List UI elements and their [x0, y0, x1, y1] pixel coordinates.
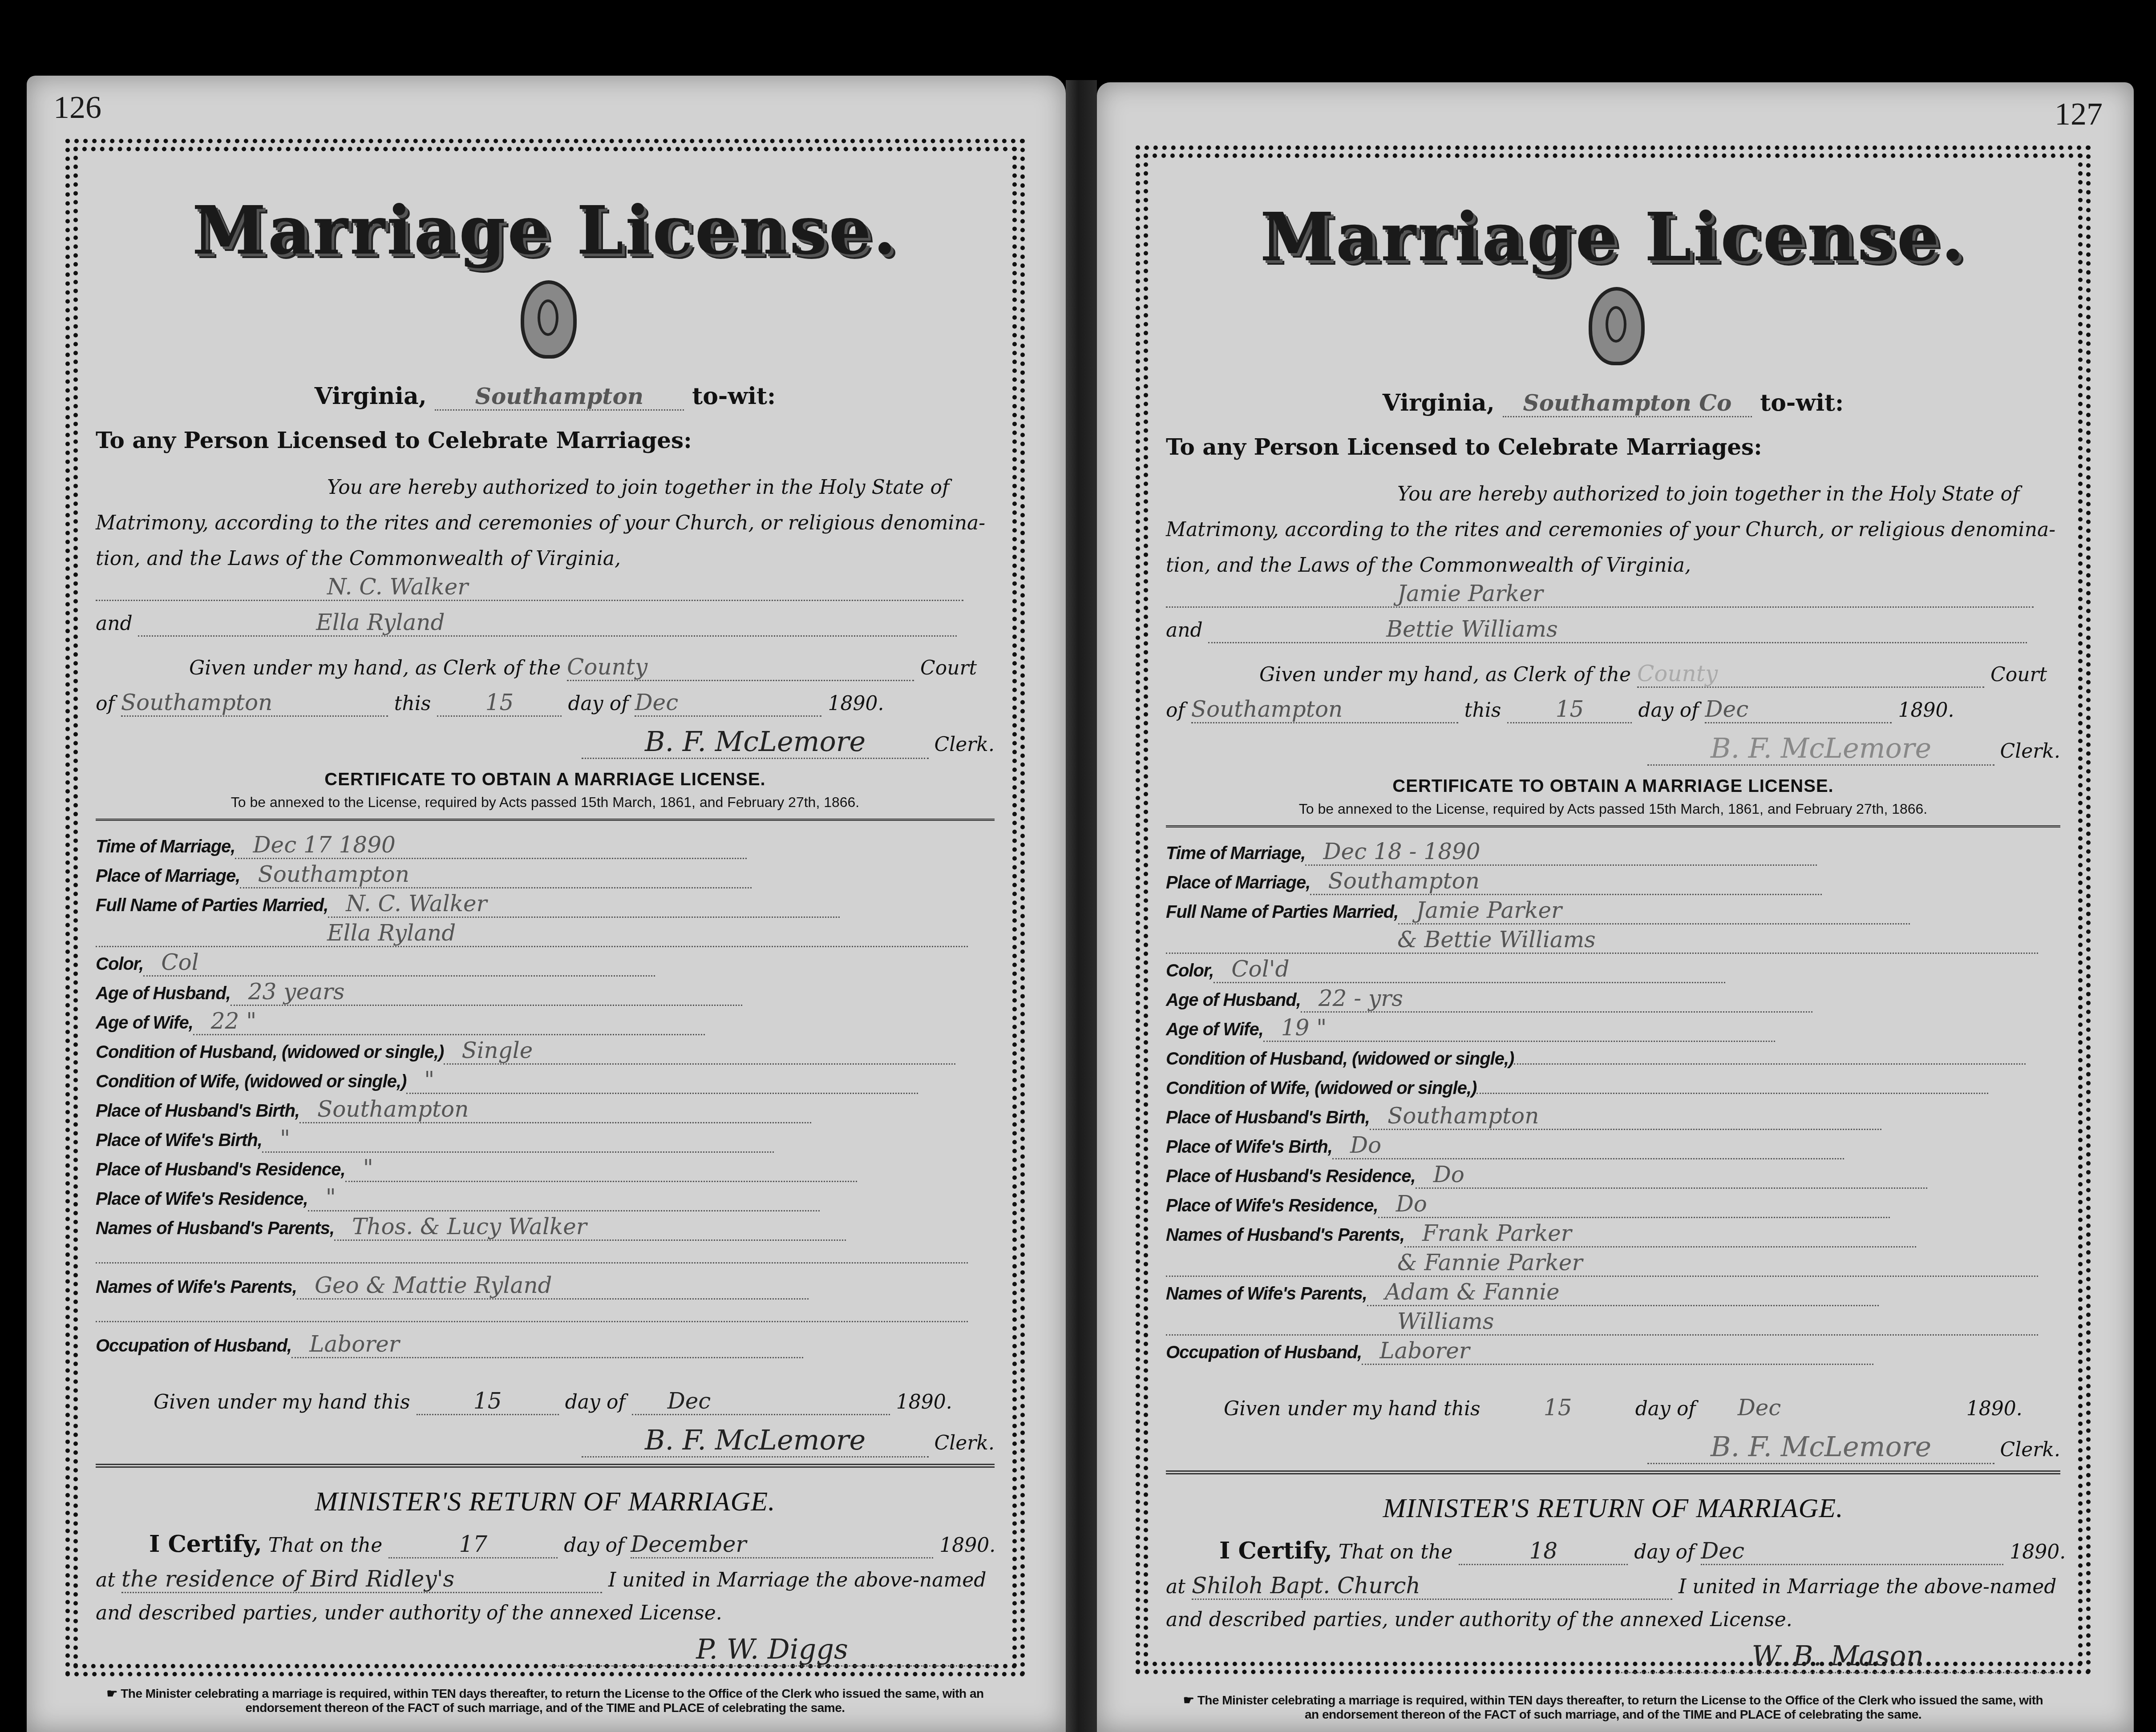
certificate-field-row: Place of Husband's Residence,Do — [1166, 1162, 2060, 1189]
authorization-text-3: tion, and the Laws of the Commonwealth o… — [1166, 554, 2060, 577]
field-label: Place of Wife's Birth, — [96, 1130, 262, 1150]
field-value: Frank Parker — [1404, 1220, 1916, 1248]
field-value: 19 " — [1263, 1015, 1775, 1042]
salutation: To any Person Licensed to Celebrate Marr… — [1166, 434, 2060, 460]
certificate-field-row: Place of Husband's Residence," — [96, 1155, 995, 1182]
described-text: and described parties, under authority o… — [96, 1602, 995, 1624]
field-label: Time of Marriage, — [1166, 844, 1305, 863]
certificate-field-row: Full Name of Parties Married,N. C. Walke… — [96, 891, 995, 918]
minister-notice: ☛ The Minister celebrating a marriage is… — [96, 1686, 995, 1715]
clerk-signature-2: B. F. McLemore — [1647, 1430, 1994, 1464]
page-number: 126 — [53, 89, 101, 126]
given-under-hand-row: Given under my hand this 15 day of Dec 1… — [1166, 1395, 2060, 1422]
field-label: Names of Wife's Parents, — [1166, 1284, 1367, 1304]
field-label: Color, — [96, 954, 143, 974]
clerk-signature-row-2: B. F. McLemore Clerk. — [96, 1424, 995, 1457]
field-value — [96, 1262, 968, 1264]
field-value: " — [262, 1126, 774, 1153]
field-label: Occupation of Husband, — [1166, 1343, 1362, 1362]
certificate-field-row: & Fannie Parker — [1166, 1250, 2060, 1277]
field-value: 22 " — [193, 1008, 705, 1035]
field-value: Jamie Parker — [1398, 897, 1910, 925]
field-label: Occupation of Husband, — [96, 1336, 291, 1356]
court-type-field: County — [567, 654, 914, 681]
field-value: Laborer — [1362, 1338, 1873, 1365]
field-value: Single — [444, 1038, 955, 1065]
divider — [96, 819, 995, 821]
party1-field: Jamie Parker — [1166, 581, 2034, 608]
field-value: & Fannie Parker — [1166, 1250, 2038, 1277]
day-field: 15 — [437, 690, 562, 717]
clerk-signature-row-2: B. F. McLemore Clerk. — [1166, 1430, 2060, 1464]
given-line-2: of Southampton this 15 day of Dec 1890. — [1166, 696, 2060, 723]
given-line-2: of Southampton this 15 day of Dec 1890. — [96, 690, 995, 717]
certificate-field-row: Full Name of Parties Married,Jamie Parke… — [1166, 897, 2060, 925]
field-value: Southampton — [240, 861, 752, 888]
certificate-field-row: Names of Wife's Parents,Adam & Fannie — [1166, 1279, 2060, 1306]
field-value: 22 - yrs — [1301, 985, 1812, 1013]
field-label: Place of Husband's Residence, — [96, 1160, 345, 1179]
certificate-field-row: Age of Husband,22 - yrs — [1166, 985, 2060, 1013]
given-line-1: Given under my hand, as Clerk of the Cou… — [1166, 661, 2060, 688]
state-line: Virginia, Southampton Co to-wit: — [1166, 389, 2060, 417]
field-label: Place of Husband's Birth, — [1166, 1108, 1370, 1127]
certificate-subtitle: To be annexed to the License, required b… — [1166, 801, 2060, 817]
field-value: N. C. Walker — [328, 891, 840, 918]
field-value: Dec 18 - 1890 — [1305, 839, 1817, 866]
certificate-title: CERTIFICATE TO OBTAIN A MARRIAGE LICENSE… — [96, 770, 995, 790]
certify-place-field: the residence of Bird Ridley's — [121, 1566, 602, 1593]
field-label: Age of Wife, — [96, 1013, 193, 1033]
month-field: Dec — [635, 690, 821, 717]
certificate-field-row: Place of Wife's Birth,Do — [1166, 1132, 2060, 1159]
authorization-text-1: You are hereby authorized to join togeth… — [96, 476, 995, 499]
field-value: Thos. & Lucy Walker — [334, 1214, 846, 1241]
divider — [96, 1464, 995, 1468]
field-value — [1514, 1063, 2026, 1065]
court-place-field: Southampton — [121, 690, 388, 717]
field-value: Ella Ryland — [96, 920, 968, 947]
field-label: Condition of Wife, (widowed or single,) — [96, 1072, 406, 1091]
certify-place-field: Shiloh Bapt. Church — [1192, 1573, 1672, 1600]
certificate-field-row: Occupation of Husband,Laborer — [96, 1331, 995, 1358]
field-label: Age of Husband, — [96, 984, 231, 1003]
authorization-text-3: tion, and the Laws of the Commonwealth o… — [96, 547, 995, 570]
ornamental-border: Marriage License. Virginia, Southampton … — [1144, 153, 2083, 1666]
certificate-field-row: Names of Wife's Parents,Geo & Mattie Ryl… — [96, 1272, 995, 1300]
field-label: Condition of Husband, (widowed or single… — [1166, 1049, 1514, 1069]
certify-month-field: Dec — [1701, 1538, 2003, 1565]
field-label: Age of Husband, — [1166, 990, 1301, 1010]
month-field: Dec — [1705, 696, 1892, 723]
certificate-field-row: Place of Wife's Birth," — [96, 1126, 995, 1153]
minister-signature-row: P. W. Diggs — [96, 1633, 995, 1667]
court-place-field: Southampton — [1191, 696, 1458, 723]
field-value — [96, 1321, 968, 1322]
party2-row: and Bettie Williams — [1166, 616, 2060, 643]
field-label: Condition of Husband, (widowed or single… — [96, 1042, 444, 1062]
certificate-field-row: Place of Marriage,Southampton — [1166, 868, 2060, 895]
ornamental-border: Marriage License. Virginia, Southampton … — [73, 147, 1017, 1668]
field-label: Place of Marriage, — [1166, 873, 1310, 892]
authorization-text-2: Matrimony, according to the rites and ce… — [1166, 518, 2060, 541]
certificate-field-row: Place of Wife's Residence,Do — [1166, 1191, 2060, 1218]
certificate-field-row: Place of Wife's Residence," — [96, 1184, 995, 1211]
certificate-field-row: Place of Husband's Birth,Southampton — [1166, 1103, 2060, 1130]
divider — [1166, 1470, 2060, 1474]
certificate-field-row: Ella Ryland — [96, 920, 995, 947]
given-month-field: Dec — [632, 1388, 890, 1415]
certificate-field-row: Condition of Wife, (widowed or single,) — [1166, 1074, 2060, 1099]
field-label: Names of Husband's Parents, — [1166, 1225, 1404, 1245]
given-month-field: Dec — [1702, 1395, 1960, 1422]
field-value: Do — [1378, 1191, 1890, 1218]
field-value: & Bettie Williams — [1166, 927, 2038, 954]
party2-row: and Ella Ryland — [96, 610, 995, 637]
field-label: Place of Husband's Residence, — [1166, 1167, 1416, 1186]
salutation: To any Person Licensed to Celebrate Marr… — [96, 427, 995, 453]
described-text: and described parties, under authority o… — [1166, 1608, 2060, 1631]
clerk-signature: B. F. McLemore — [1647, 732, 1994, 766]
field-value: Do — [1332, 1132, 1844, 1159]
field-label: Names of Wife's Parents, — [96, 1277, 297, 1297]
certificate-field-row: Age of Husband,23 years — [96, 979, 995, 1006]
certificate-field-row: Color,Col — [96, 949, 995, 977]
page-number: 127 — [2055, 96, 2103, 133]
clerk-signature-row: B. F. McLemore Clerk. — [96, 725, 995, 759]
pointing-hand-icon: ☛ — [106, 1687, 121, 1700]
given-day-field: 15 — [1487, 1395, 1629, 1422]
party1-field: N. C. Walker — [96, 574, 963, 601]
divider — [1166, 825, 2060, 828]
certificate-field-row — [96, 1302, 995, 1328]
given-under-hand-row: Given under my hand this 15 day of Dec 1… — [96, 1388, 995, 1415]
given-line-1: Given under my hand, as Clerk of the Cou… — [96, 654, 995, 681]
minister-return-title: MINISTER'S RETURN OF MARRIAGE. — [96, 1486, 995, 1518]
field-value: " — [345, 1155, 857, 1182]
certificate-field-row: Names of Husband's Parents,Frank Parker — [1166, 1220, 2060, 1248]
field-label: Full Name of Parties Married, — [1166, 902, 1398, 922]
field-label: Names of Husband's Parents, — [96, 1219, 334, 1238]
clerk-signature: B. F. McLemore — [582, 725, 929, 759]
field-value: Do — [1416, 1162, 1927, 1189]
field-value: " — [406, 1067, 918, 1094]
party2-field: Ella Ryland — [138, 610, 957, 637]
certificate-field-row — [96, 1243, 995, 1269]
minister-signature: P. W. Diggs — [550, 1633, 995, 1667]
license-page-127: 127 Marriage License. Virginia, Southamp… — [1097, 82, 2134, 1732]
certificate-title: CERTIFICATE TO OBTAIN A MARRIAGE LICENSE… — [1166, 776, 2060, 796]
certificate-field-row: Place of Marriage,Southampton — [96, 861, 995, 888]
certify-row: I Certify, That on the 18 day of Dec 189… — [1166, 1537, 2060, 1565]
certificate-field-row: Occupation of Husband,Laborer — [1166, 1338, 2060, 1365]
party1-row: Jamie Parker — [1166, 581, 2060, 608]
pointing-hand-icon: ☛ — [1183, 1693, 1197, 1707]
day-field: 15 — [1507, 696, 1632, 723]
field-value: Williams — [1166, 1308, 2038, 1336]
certificate-field-row: Time of Marriage,Dec 17 1890 — [96, 832, 995, 859]
field-value: Col — [143, 949, 655, 977]
field-label: Place of Husband's Birth, — [96, 1101, 299, 1121]
clerk-signature-2: B. F. McLemore — [582, 1424, 929, 1457]
court-type-field: County — [1637, 661, 1984, 688]
authorization-text-1: You are hereby authorized to join togeth… — [1166, 483, 2060, 505]
certificate-field-row: Names of Husband's Parents,Thos. & Lucy … — [96, 1214, 995, 1241]
minister-signature-row: W. B. Mason — [1166, 1639, 2060, 1673]
license-page-126: 126 Marriage License. Virginia, Southamp… — [27, 76, 1066, 1732]
field-label: Place of Wife's Birth, — [1166, 1137, 1332, 1157]
certificate-field-row: Condition of Wife, (widowed or single,)" — [96, 1067, 995, 1094]
minister-notice: ☛ The Minister celebrating a marriage is… — [1166, 1693, 2060, 1722]
certificate-field-row: Color,Col'd — [1166, 956, 2060, 983]
certificate-field-row: Time of Marriage,Dec 18 - 1890 — [1166, 839, 2060, 866]
field-value: Southampton — [299, 1096, 811, 1123]
certify-day-field: 17 — [388, 1531, 558, 1558]
authorization-text-2: Matrimony, according to the rites and ce… — [96, 512, 995, 534]
field-value: Geo & Mattie Ryland — [297, 1272, 809, 1300]
field-label: Time of Marriage, — [96, 837, 235, 856]
party2-field: Bettie Williams — [1208, 616, 2027, 643]
field-label: Place of Wife's Residence, — [1166, 1196, 1378, 1215]
certificate-field-row: Place of Husband's Birth,Southampton — [96, 1096, 995, 1123]
field-label: Place of Wife's Residence, — [96, 1189, 308, 1209]
field-label: Condition of Wife, (widowed or single,) — [1166, 1078, 1476, 1098]
certificate-field-row: Condition of Husband, (widowed or single… — [96, 1038, 995, 1065]
certify-month-field: December — [631, 1531, 933, 1558]
field-value — [1476, 1093, 1988, 1094]
field-value: Southampton — [1310, 868, 1822, 895]
clerk-signature-row: B. F. McLemore Clerk. — [1166, 732, 2060, 766]
field-value: Dec 17 1890 — [235, 832, 747, 859]
book-gutter — [1066, 80, 1097, 1732]
certificate-subtitle: To be annexed to the License, required b… — [96, 794, 995, 811]
minister-return-title: MINISTER'S RETURN OF MARRIAGE. — [1166, 1493, 2060, 1524]
minister-signature: W. B. Mason — [1615, 1639, 2060, 1673]
horseshoe-emblem-icon — [1589, 287, 1645, 365]
certify-row: I Certify, That on the 17 day of Decembe… — [96, 1530, 995, 1558]
certificate-field-row: Williams — [1166, 1308, 2060, 1336]
certify-place-row: at Shiloh Bapt. Church I united in Marri… — [1166, 1573, 2060, 1600]
certificate-field-row: Condition of Husband, (widowed or single… — [1166, 1044, 2060, 1070]
certificate-field-row: Age of Wife,19 " — [1166, 1015, 2060, 1042]
field-label: Place of Marriage, — [96, 866, 240, 886]
certificate-field-row: Age of Wife,22 " — [96, 1008, 995, 1035]
state-line: Virginia, Southampton to-wit: — [96, 383, 995, 411]
field-value: 23 years — [231, 979, 742, 1006]
license-title: Marriage License. — [78, 191, 1012, 270]
field-value: Col'd — [1214, 956, 1725, 983]
field-label: Age of Wife, — [1166, 1020, 1263, 1039]
certify-day-field: 18 — [1459, 1538, 1628, 1565]
field-value: Laborer — [291, 1331, 803, 1358]
field-value: Southampton — [1370, 1103, 1881, 1130]
field-value: Adam & Fannie — [1367, 1279, 1879, 1306]
field-value: " — [308, 1184, 820, 1211]
license-title: Marriage License. — [1148, 198, 2078, 276]
certificate-field-row: & Bettie Williams — [1166, 927, 2060, 954]
horseshoe-emblem-icon — [521, 280, 577, 359]
county-field: Southampton — [435, 383, 684, 411]
county-field: Southampton Co — [1503, 390, 1752, 417]
field-label: Full Name of Parties Married, — [96, 896, 328, 915]
party1-row: N. C. Walker — [96, 574, 995, 601]
given-day-field: 15 — [417, 1388, 559, 1415]
certify-place-row: at the residence of Bird Ridley's I unit… — [96, 1566, 995, 1593]
field-label: Color, — [1166, 961, 1214, 981]
